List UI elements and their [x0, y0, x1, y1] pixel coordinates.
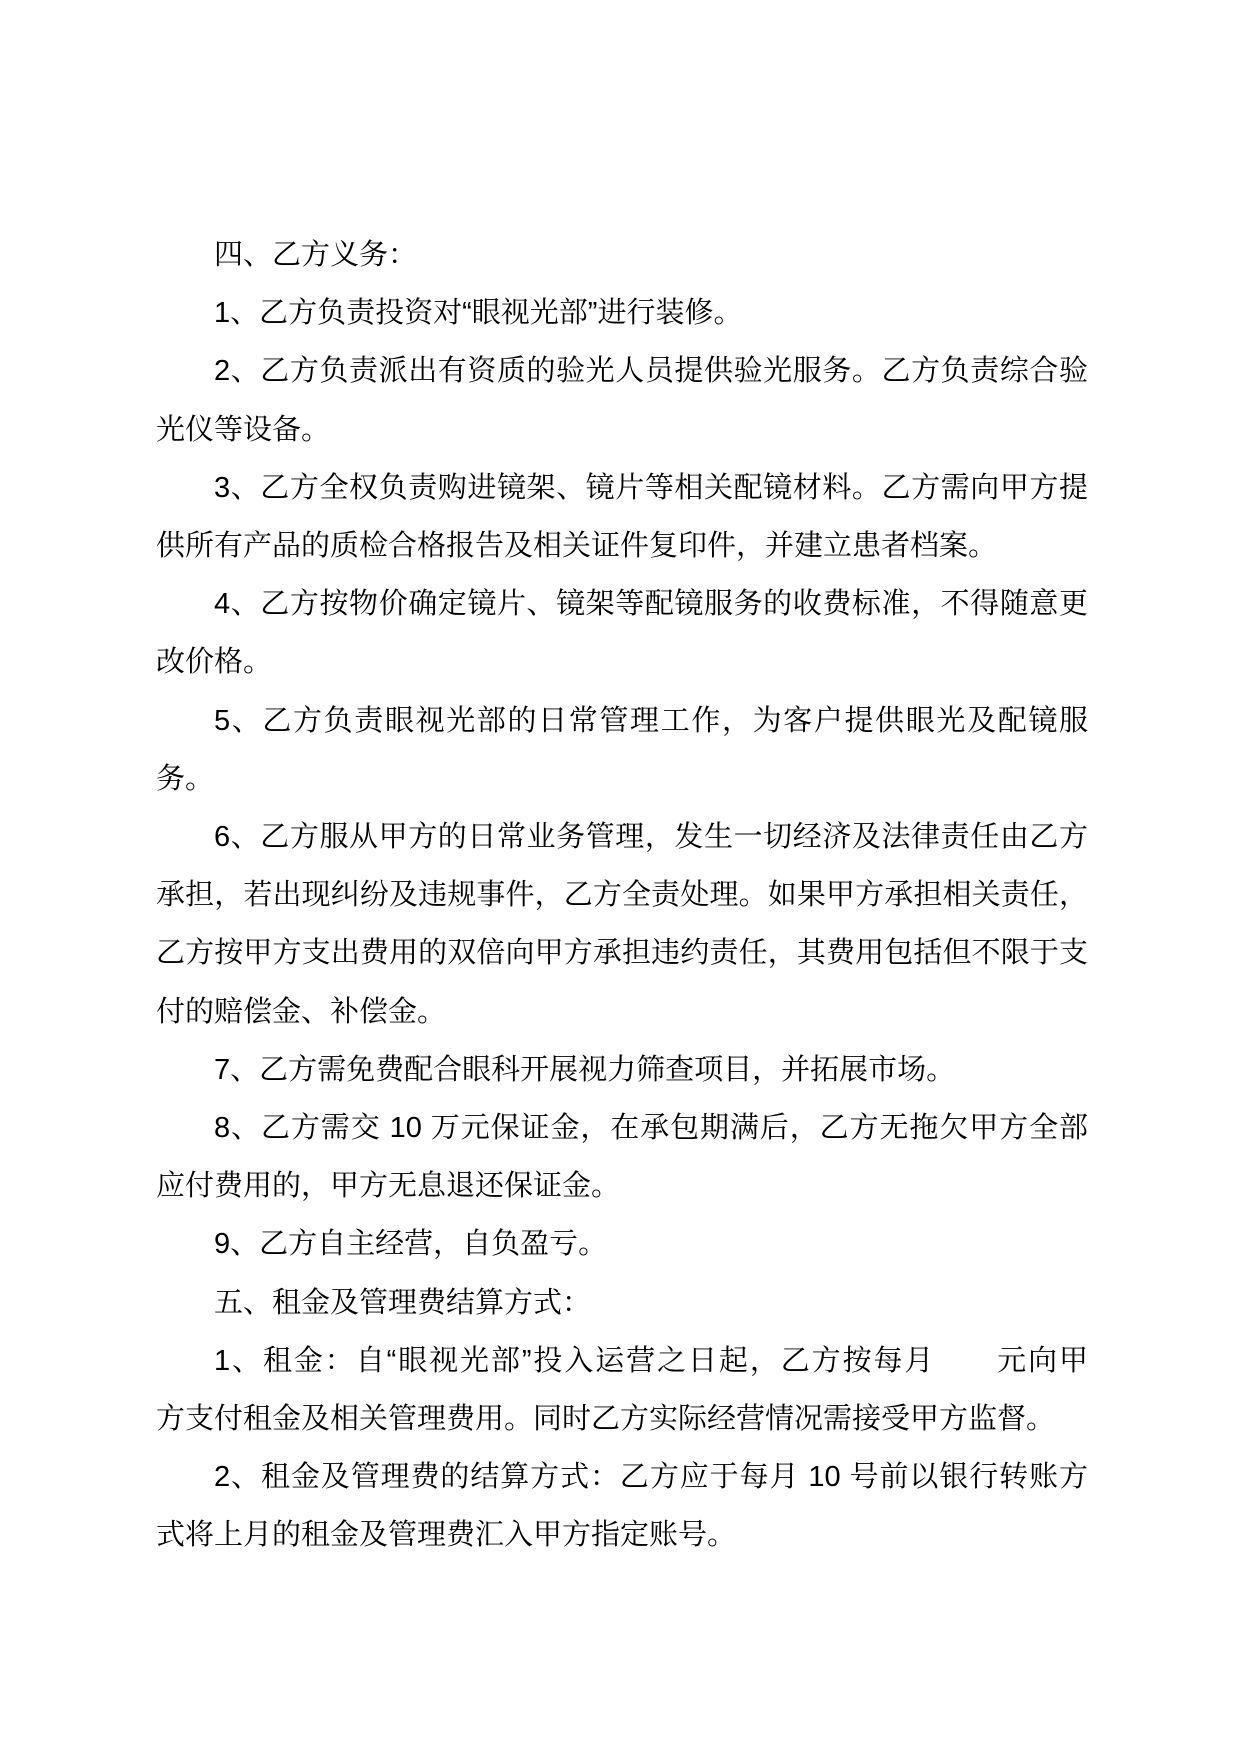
- paragraph-line: 4、乙方按物价确定镜片、镜架等配镜服务的收费标准，不得随意更: [156, 575, 1088, 633]
- paragraph-line: 承担，若出现纠纷及违规事件，乙方全责处理。如果甲方承担相关责任，: [156, 866, 1088, 924]
- paragraph-line: 供所有产品的质检合格报告及相关证件复印件，并建立患者档案。: [156, 517, 1088, 575]
- paragraph-line: 5、乙方负责眼视光部的日常管理工作，为客户提供眼光及配镜服务。: [156, 692, 1088, 808]
- paragraph-item: 6、乙方服从甲方的日常业务管理，发生一切经济及法律责任由乙方承担，若出现纠纷及违…: [156, 808, 1088, 1041]
- paragraph-item: 2、租金及管理费的结算方式：乙方应于每月 10 号前以银行转账方式将上月的租金及…: [156, 1448, 1088, 1564]
- paragraph-line: 9、乙方自主经营，自负盈亏。: [156, 1215, 1088, 1273]
- paragraph-line: 1、租金：自“眼视光部”投入运营之日起，乙方按每月 元向甲: [156, 1332, 1088, 1390]
- paragraph-section-heading: 五、租金及管理费结算方式：: [156, 1274, 1088, 1332]
- paragraph-line: 四、乙方义务：: [156, 226, 1088, 284]
- paragraph-item: 4、乙方按物价确定镜片、镜架等配镜服务的收费标准，不得随意更改价格。: [156, 575, 1088, 691]
- paragraph-line: 6、乙方服从甲方的日常业务管理，发生一切经济及法律责任由乙方: [156, 808, 1088, 866]
- paragraph-item: 5、乙方负责眼视光部的日常管理工作，为客户提供眼光及配镜服务。: [156, 692, 1088, 808]
- paragraph-line: 2、租金及管理费的结算方式：乙方应于每月 10 号前以银行转账方: [156, 1448, 1088, 1506]
- paragraph-line: 式将上月的租金及管理费汇入甲方指定账号。: [156, 1506, 1088, 1564]
- paragraph-item: 9、乙方自主经营，自负盈亏。: [156, 1215, 1088, 1273]
- paragraph-line: 光仪等设备。: [156, 401, 1088, 459]
- paragraph-item: 3、乙方全权负责购进镜架、镜片等相关配镜材料。乙方需向甲方提供所有产品的质检合格…: [156, 459, 1088, 575]
- paragraph-line: 应付费用的，甲方无息退还保证金。: [156, 1157, 1088, 1215]
- contract-page: 四、乙方义务：1、乙方负责投资对“眼视光部”进行装修。2、乙方负责派出有资质的验…: [0, 0, 1241, 1754]
- paragraph-list: 四、乙方义务：1、乙方负责投资对“眼视光部”进行装修。2、乙方负责派出有资质的验…: [156, 226, 1088, 1565]
- paragraph-line: 8、乙方需交 10 万元保证金，在承包期满后，乙方无拖欠甲方全部: [156, 1099, 1088, 1157]
- paragraph-item: 2、乙方负责派出有资质的验光人员提供验光服务。乙方负责综合验光仪等设备。: [156, 342, 1088, 458]
- paragraph-line: 方支付租金及相关管理费用。同时乙方实际经营情况需接受甲方监督。: [156, 1390, 1088, 1448]
- paragraph-item: 1、租金：自“眼视光部”投入运营之日起，乙方按每月 元向甲方支付租金及相关管理费…: [156, 1332, 1088, 1448]
- paragraph-line: 五、租金及管理费结算方式：: [156, 1274, 1088, 1332]
- paragraph-line: 3、乙方全权负责购进镜架、镜片等相关配镜材料。乙方需向甲方提: [156, 459, 1088, 517]
- paragraph-item: 8、乙方需交 10 万元保证金，在承包期满后，乙方无拖欠甲方全部应付费用的，甲方…: [156, 1099, 1088, 1215]
- paragraph-line: 乙方按甲方支出费用的双倍向甲方承担违约责任，其费用包括但不限于支: [156, 924, 1088, 982]
- paragraph-line: 改价格。: [156, 633, 1088, 691]
- document-body: 四、乙方义务：1、乙方负责投资对“眼视光部”进行装修。2、乙方负责派出有资质的验…: [156, 226, 1088, 1565]
- paragraph-line: 7、乙方需免费配合眼科开展视力筛查项目，并拓展市场。: [156, 1041, 1088, 1099]
- paragraph-line: 2、乙方负责派出有资质的验光人员提供验光服务。乙方负责综合验: [156, 342, 1088, 400]
- paragraph-line: 付的赔偿金、补偿金。: [156, 983, 1088, 1041]
- paragraph-line: 1、乙方负责投资对“眼视光部”进行装修。: [156, 284, 1088, 342]
- paragraph-section-heading: 四、乙方义务：: [156, 226, 1088, 284]
- paragraph-item: 1、乙方负责投资对“眼视光部”进行装修。: [156, 284, 1088, 342]
- paragraph-item: 7、乙方需免费配合眼科开展视力筛查项目，并拓展市场。: [156, 1041, 1088, 1099]
